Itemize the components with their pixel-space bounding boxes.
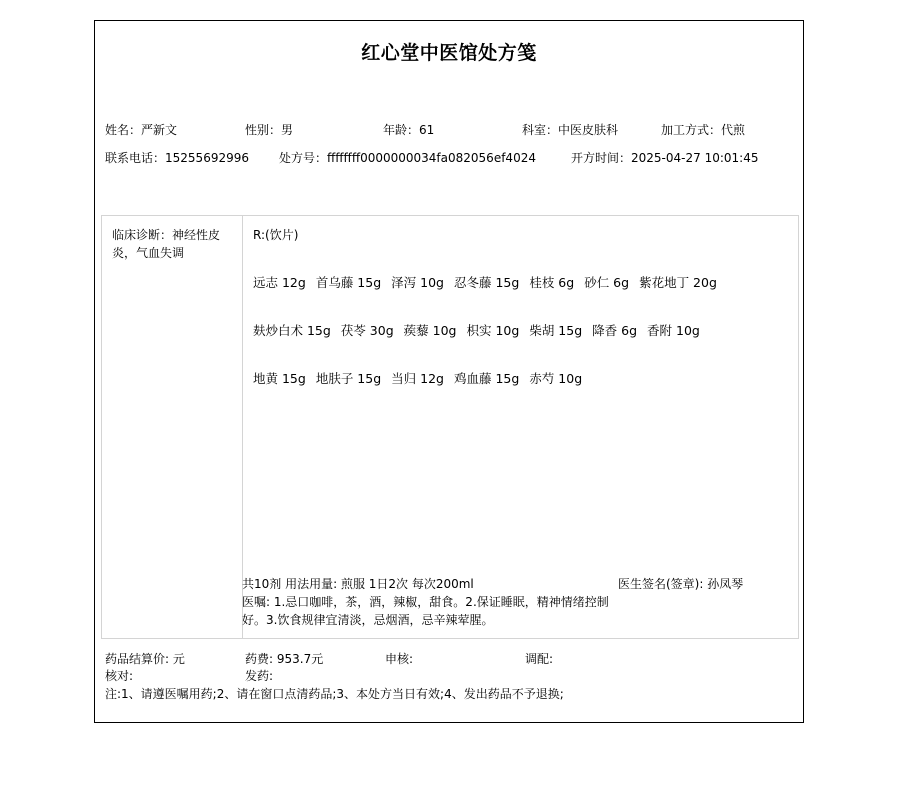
dispense: 调配: — [525, 650, 553, 668]
doctor-signature: 医生签名(签章): 孙凤琴 — [618, 575, 743, 593]
herb-line-3: 地黄 15g地肤子 15g当归 12g鸡血藤 15g赤芍 10g — [253, 370, 592, 388]
herb-item: 紫花地丁 20g — [639, 275, 717, 290]
herb-item: 地黄 15g — [253, 371, 306, 386]
herb-item: 地肤子 15g — [316, 371, 381, 386]
herb-item: 赤芍 10g — [529, 371, 582, 386]
herb-item: 鸡血藤 15g — [454, 371, 519, 386]
doctor-advice: 医嘱: 1.忌口咖啡，茶，酒，辣椒，甜食。2.保证睡眠，精神情绪控制好。3.饮食… — [242, 593, 617, 629]
herb-item: 首乌藤 15g — [316, 275, 381, 290]
herb-line-1: 远志 12g首乌藤 15g泽泻 10g忍冬藤 15g桂枝 6g砂仁 6g紫花地丁… — [253, 274, 727, 292]
prescription-sheet: 红心堂中医馆处方笺 姓名：严新文 性别：男 年龄：61 科室：中医皮肤科 加工方… — [94, 20, 804, 723]
drug-fee: 药费: 953.7元 — [245, 650, 323, 668]
herb-item: 柴胡 15g — [529, 323, 582, 338]
prescription-number: 处方号：ffffffff0000000034fa082056ef4024 — [279, 149, 536, 167]
herb-line-2: 麸炒白术 15g茯苓 30g蒺藜 10g枳实 10g柴胡 15g降香 6g香附 … — [253, 322, 710, 340]
department: 科室：中医皮肤科 — [522, 121, 618, 139]
page-title: 红心堂中医馆处方笺 — [95, 38, 803, 65]
patient-gender: 性别：男 — [245, 121, 293, 139]
prescription-box: 临床诊断：神经性皮炎，气血失调 R:(饮片) 远志 12g首乌藤 15g泽泻 1… — [101, 215, 799, 639]
herb-item: 香附 10g — [647, 323, 700, 338]
processing-method: 加工方式：代煎 — [661, 121, 745, 139]
herb-item: 枳实 10g — [466, 323, 519, 338]
issue-drugs: 发药: — [245, 667, 273, 685]
settlement-price: 药品结算价: 元 — [105, 650, 185, 668]
phone: 联系电话：15255692996 — [105, 149, 249, 167]
footer-note: 注:1、请遵医嘱用药;2、请在窗口点清药品;3、本处方当日有效;4、发出药品不予… — [105, 685, 564, 703]
patient-age: 年龄：61 — [383, 121, 434, 139]
herb-item: 当归 12g — [391, 371, 444, 386]
clinical-diagnosis: 临床诊断：神经性皮炎，气血失调 — [112, 226, 236, 262]
herb-item: 远志 12g — [253, 275, 306, 290]
herb-item: 茯苓 30g — [341, 323, 394, 338]
review: 申核: — [385, 650, 413, 668]
herb-item: 砂仁 6g — [584, 275, 629, 290]
herb-item: 降香 6g — [592, 323, 637, 338]
patient-name: 姓名：严新文 — [105, 121, 177, 139]
herb-item: 泽泻 10g — [391, 275, 444, 290]
herb-item: 蒺藜 10g — [404, 323, 457, 338]
usage-dosage: 共10剂 用法用量: 煎服 1日2次 每次200ml — [242, 575, 474, 593]
herb-item: 麸炒白术 15g — [253, 323, 331, 338]
check: 核对: — [105, 667, 133, 685]
rx-type-label: R:(饮片) — [253, 226, 298, 244]
herb-item: 忍冬藤 15g — [454, 275, 519, 290]
prescription-time: 开方时间：2025-04-27 10:01:45 — [571, 149, 758, 167]
herb-item: 桂枝 6g — [529, 275, 574, 290]
